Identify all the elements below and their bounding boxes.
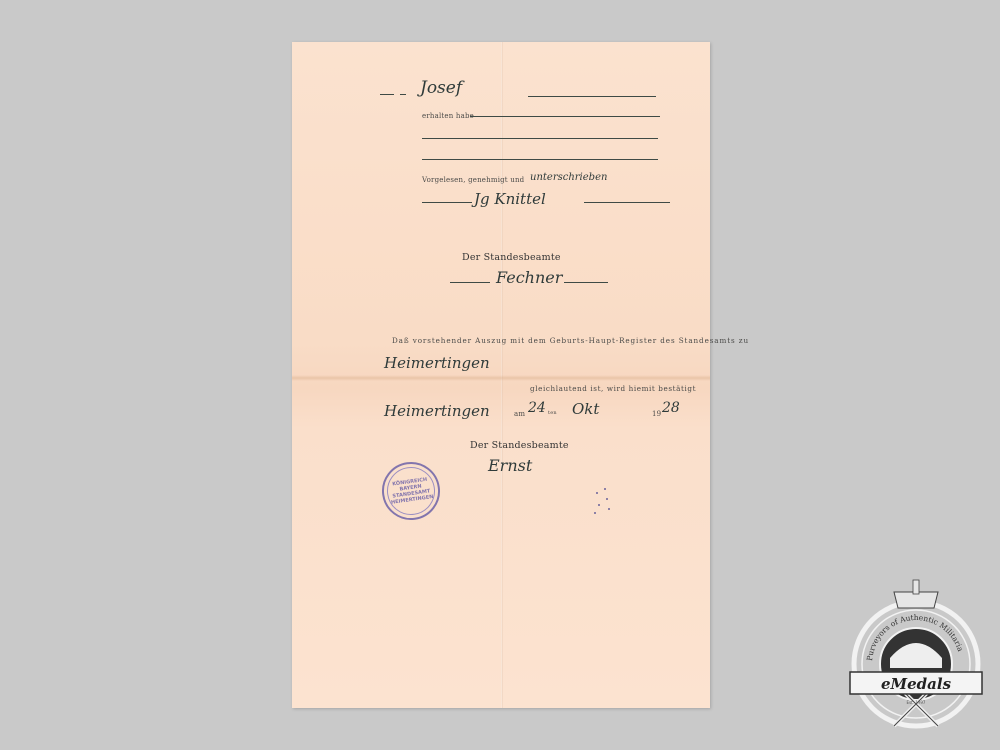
form-line [470,116,660,117]
handwritten-date-place: Heimertingen [384,402,490,420]
date-month: Okt [572,400,599,418]
form-line [422,159,658,160]
form-line [422,138,658,139]
certification-text: Daß vorstehender Auszug mit dem Geburts-… [392,336,749,345]
form-line [400,94,406,95]
document-page: Josef erhalten habe Vorgelesen, genehmig… [292,42,710,708]
fold-crease-horizontal [292,375,710,381]
logo-brand-text: eMedals [881,675,952,693]
ink-marks [592,486,612,516]
emedals-watermark-logo: eMedals Est. 1997 Purveyors of Authentic… [842,578,990,738]
handwritten-name: Josef [420,78,462,98]
logo-established-text: Est. 1997 [907,700,926,705]
date-day-suffix: ten [548,410,557,416]
official-title: Der Standesbeamte [462,252,561,263]
conformity-text: gleichlautend ist, wird hiemit bestätigt [530,384,696,393]
official-seal-stamp: KÖNIGREICH BAYERN STANDESAMT HEIMERTINGE… [378,458,444,524]
date-year: 28 [662,400,680,416]
form-line [528,96,656,97]
signature-declarant: Jg Knittel [474,190,546,208]
form-line [564,282,608,283]
approval-text: Vorgelesen, genehmigt und [422,176,524,184]
form-line [380,94,394,95]
signature-registrar-2: Ernst [488,456,532,475]
date-am: am [514,410,525,418]
form-line [422,202,472,203]
printed-label: erhalten habe [422,112,474,120]
handwritten-place: Heimertingen [384,354,490,372]
date-day: 24 [528,400,546,416]
date-year-prefix: 19 [652,410,661,418]
signature-registrar: Fechner [496,268,562,287]
form-line [584,202,670,203]
official-title: Der Standesbeamte [470,440,569,451]
approval-handwritten: unterschrieben [530,172,607,183]
form-line [450,282,490,283]
